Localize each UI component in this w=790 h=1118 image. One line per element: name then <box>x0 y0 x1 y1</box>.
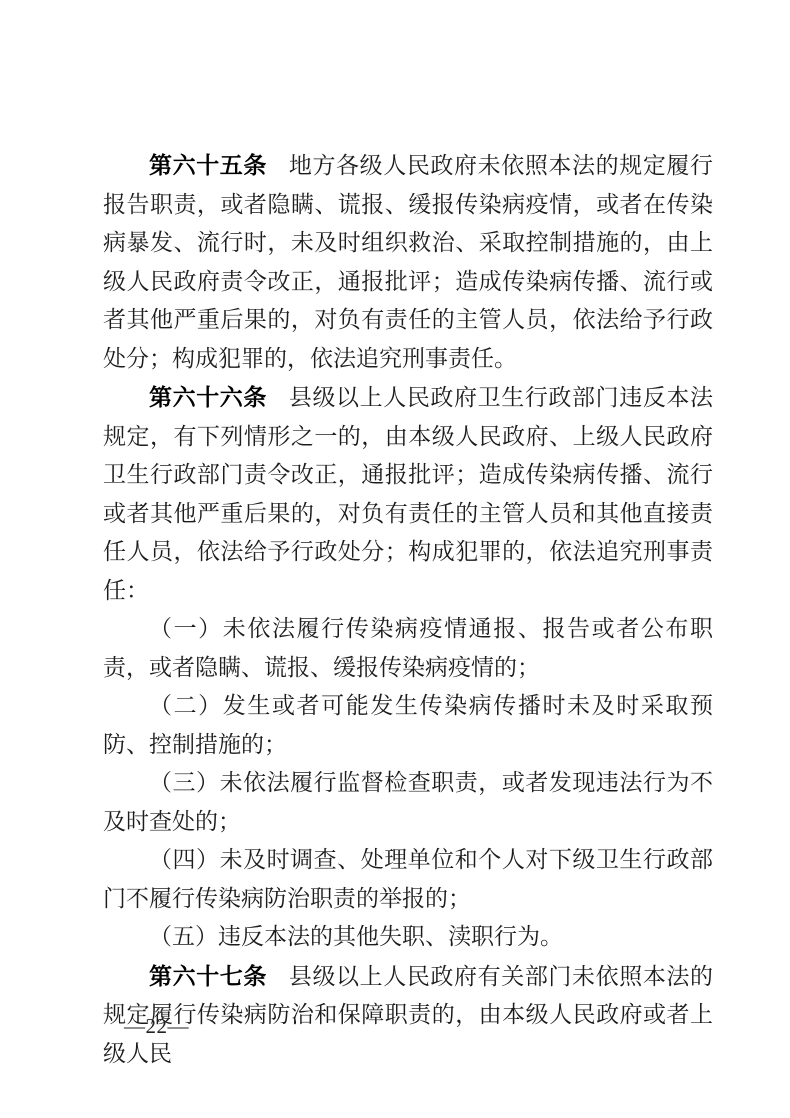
document-body: 第六十五条地方各级人民政府未依照本法的规定履行报告职责，或者隐瞒、谎报、缓报传染… <box>103 146 713 1073</box>
article-65-text: 地方各级人民政府未依照本法的规定履行报告职责，或者隐瞒、谎报、缓报传染病疫情，或… <box>103 153 713 371</box>
article-66-number: 第六十六条 <box>149 384 267 410</box>
article-66-item-5: （五）违反本法的其他失职、渎职行为。 <box>103 918 713 957</box>
article-66-item-4: （四）未及时调查、处理单位和个人对下级卫生行政部门不履行传染病防治职责的举报的； <box>103 841 713 918</box>
article-67-paragraph: 第六十七条县级以上人民政府有关部门未依照本法的规定履行传染病防治和保障职责的，由… <box>103 957 713 1074</box>
article-66-item-3: （三）未依法履行监督检查职责，或者发现违法行为不及时查处的； <box>103 764 713 841</box>
article-65-paragraph: 第六十五条地方各级人民政府未依照本法的规定履行报告职责，或者隐瞒、谎报、缓报传染… <box>103 146 713 378</box>
article-66-paragraph: 第六十六条县级以上人民政府卫生行政部门违反本法规定，有下列情形之一的，由本级人民… <box>103 378 713 610</box>
article-66-item-1: （一）未依法履行传染病疫情通报、报告或者公布职责，或者隐瞒、谎报、缓报传染病疫情… <box>103 610 713 687</box>
article-67-number: 第六十七条 <box>149 963 267 989</box>
document-page: 第六十五条地方各级人民政府未依照本法的规定履行报告职责，或者隐瞒、谎报、缓报传染… <box>0 0 790 1118</box>
article-66-item-2: （二）发生或者可能发生传染病传播时未及时采取预防、控制措施的； <box>103 687 713 764</box>
article-66-text: 县级以上人民政府卫生行政部门违反本法规定，有下列情形之一的，由本级人民政府、上级… <box>103 385 713 603</box>
article-65-number: 第六十五条 <box>149 152 267 178</box>
page-number: —22— <box>124 1014 189 1039</box>
